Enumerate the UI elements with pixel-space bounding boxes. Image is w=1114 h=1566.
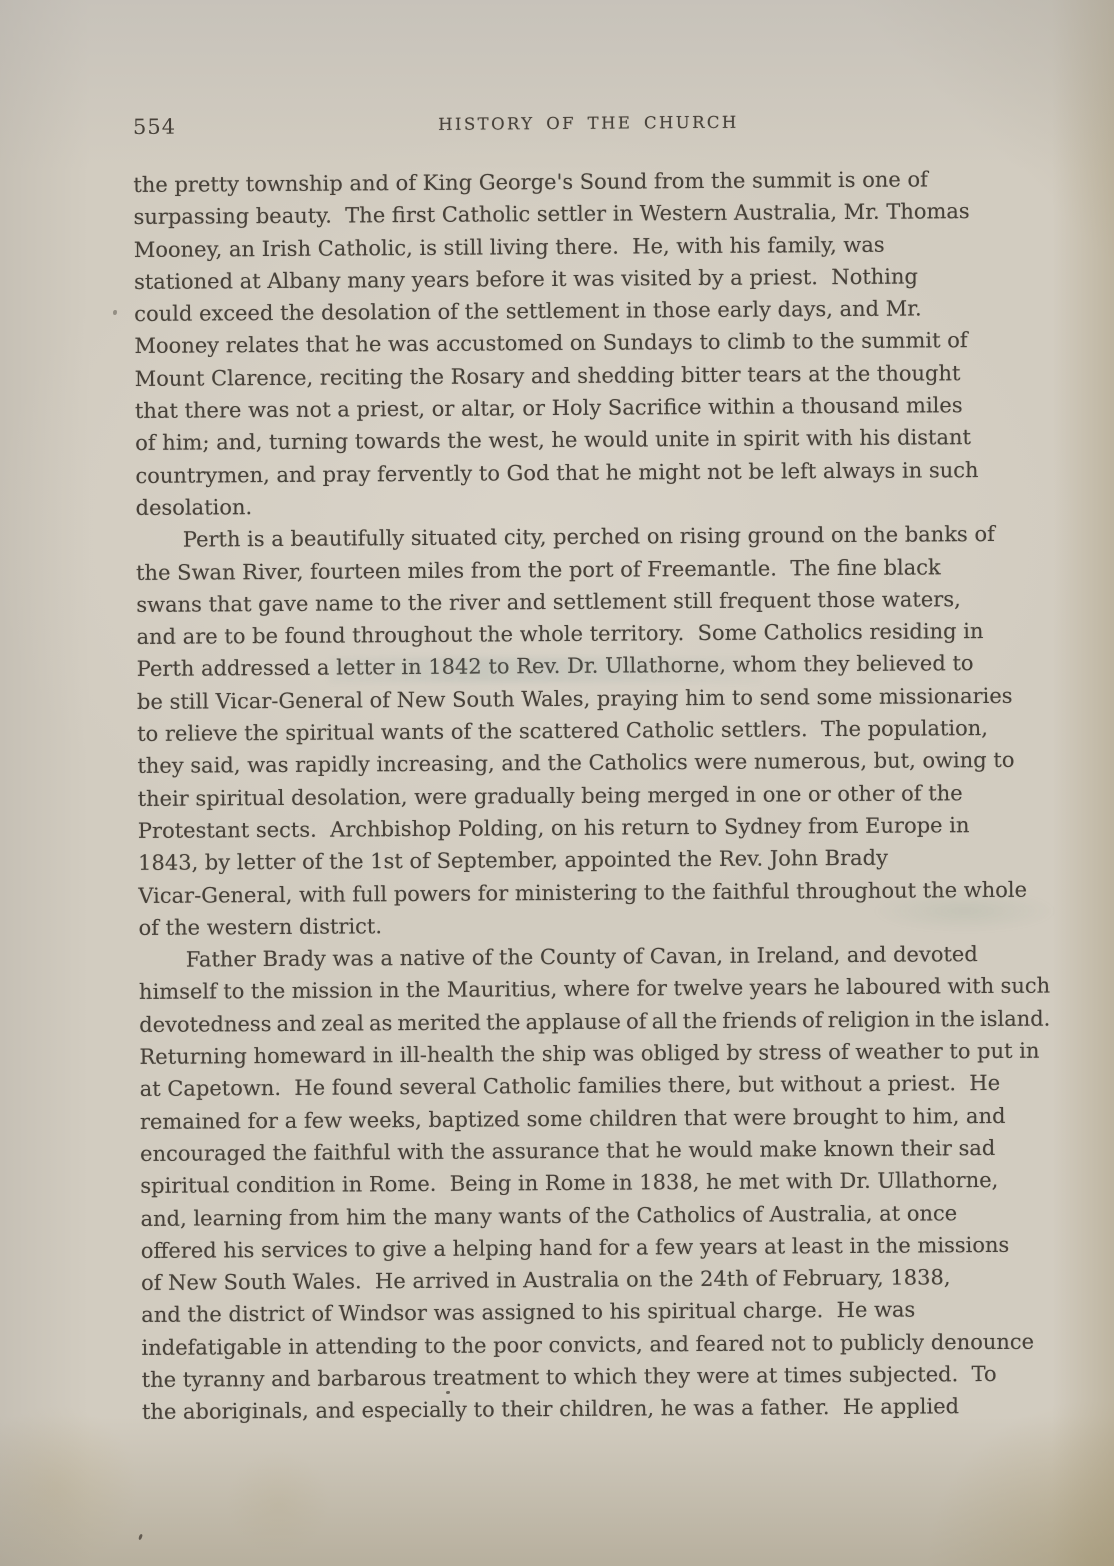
text-line: of New South Wales. He arrived in Austra… (141, 1261, 1052, 1300)
body-text-block: the pretty township and of King George's… (133, 163, 1053, 1429)
text-line: the aboriginals, and especially to their… (142, 1390, 1053, 1429)
running-head-row: 554 HISTORY OF THE CHURCH (133, 109, 1044, 143)
running-header-title: HISTORY OF THE CHURCH (133, 111, 1044, 136)
text-line: surpassing beauty. The first Catholic se… (133, 195, 1044, 234)
book-page-scan: 554 HISTORY OF THE CHURCH the pretty tow… (0, 0, 1114, 1566)
text-line: Protestant sects. Archbishop Polding, on… (138, 809, 1049, 848)
text-line: Vicar-General, with full powers for mini… (138, 873, 1049, 912)
page-content: 554 HISTORY OF THE CHURCH the pretty tow… (0, 0, 1114, 1566)
text-line: countrymen, and pray fervently to God th… (135, 453, 1046, 492)
